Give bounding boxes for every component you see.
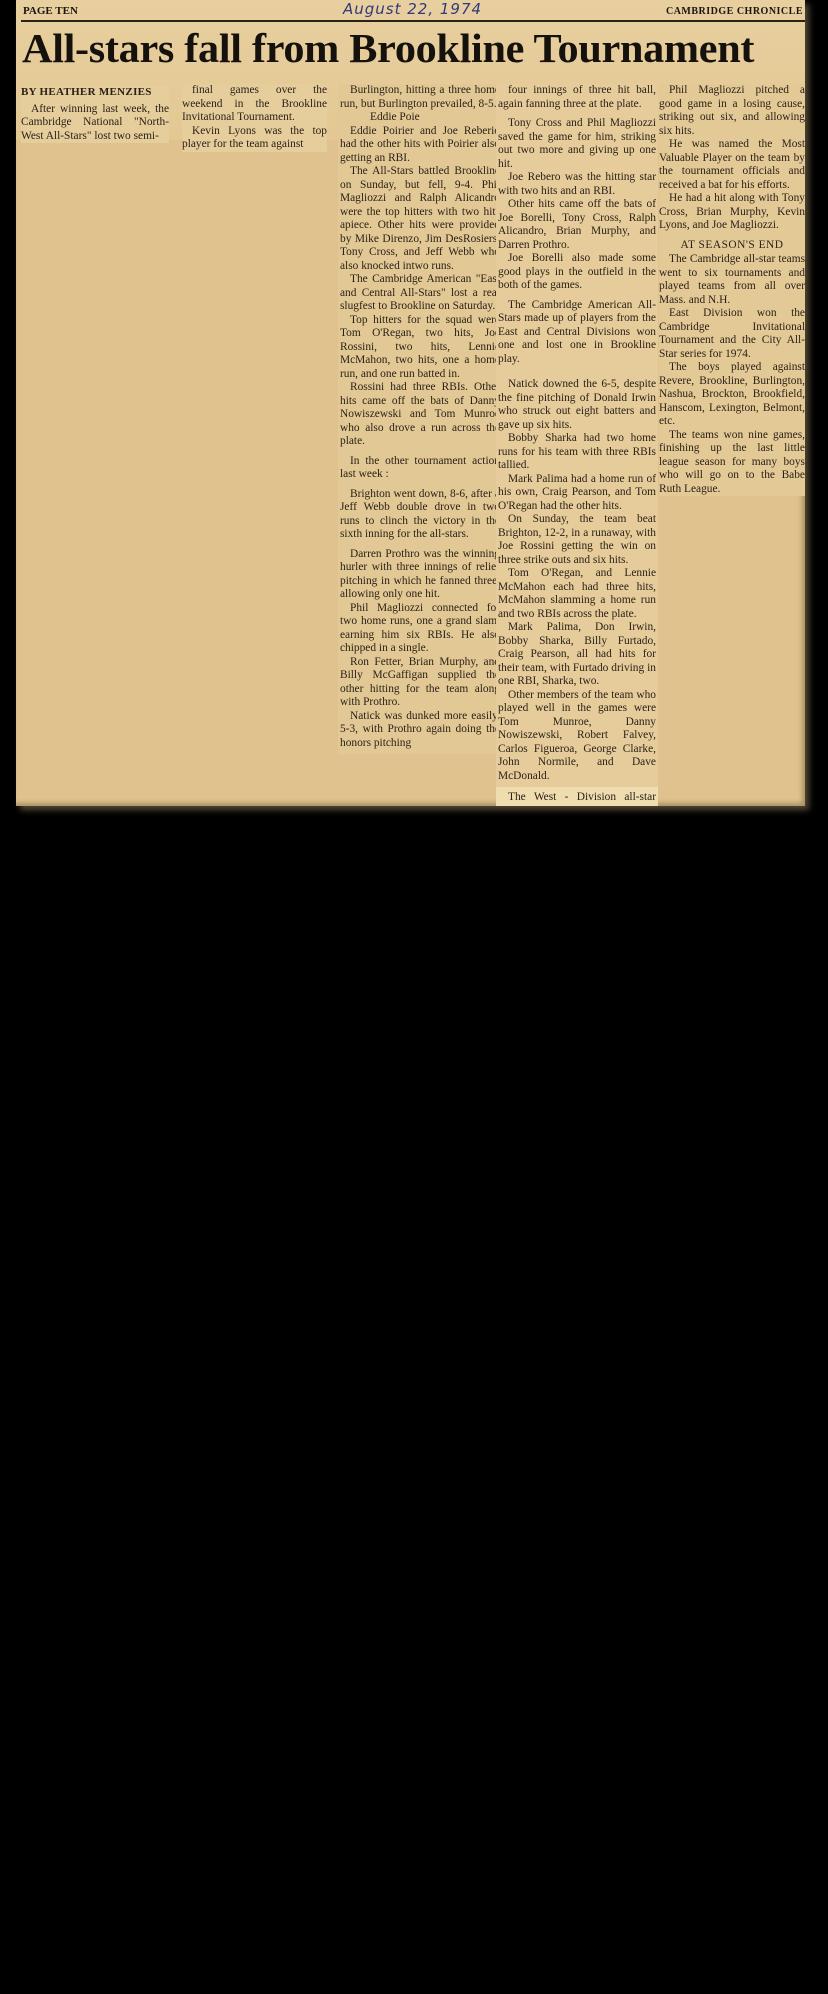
paragraph: Eddie Poie: [340, 111, 500, 125]
paragraph: The Cambridge American All-Stars made up…: [498, 299, 656, 367]
paragraph: Mark Palima, Don Irwin, Bobby Sharka, Bi…: [498, 621, 656, 689]
paragraph: The All-Stars battled Brookline on Sunda…: [340, 165, 500, 273]
paragraph: Phil Magliozzi pitched a good game in a …: [659, 84, 805, 138]
paragraph: Darren Prothro was the winning hurler wi…: [340, 548, 500, 602]
handwritten-date: August 22, 1974: [343, 0, 482, 18]
paragraph: Bobby Sharka had two home runs for his t…: [498, 432, 656, 473]
article-column-5: Phil Magliozzi pitched a good game in a …: [659, 84, 805, 496]
paragraph: Rossini had three RBIs. Other hits came …: [340, 381, 500, 449]
paragraph: East Division won the Cambridge Invitati…: [659, 307, 805, 361]
paragraph: Top hitters for the squad were Tom O'Reg…: [340, 314, 500, 382]
byline: BY HEATHER MENZIES: [21, 86, 169, 100]
paragraph: Ron Fetter, Brian Murphy, and Billy McGa…: [340, 656, 500, 710]
paragraph: In the other tournament action last week…: [340, 455, 500, 482]
paragraph: He was named the Most Valuable Player on…: [659, 138, 805, 192]
paragraph: The Cambridge American "East and Central…: [340, 273, 500, 314]
article-column-3: Burlington, hitting a three home run, bu…: [338, 84, 502, 754]
article-column-2: final games over the weekend in the Broo…: [182, 84, 327, 152]
paragraph: Joe Rebero was the hitting star with two…: [498, 171, 656, 198]
paragraph: Other hits came off the bats of Joe Bore…: [498, 198, 656, 252]
masthead: PAGE TEN August 22, 1974 CAMBRIDGE CHRON…: [21, 2, 805, 22]
paragraph: The West - Division all-star team lost a…: [498, 791, 656, 806]
paragraph: Tony Cross and Phil Magliozzi saved the …: [498, 117, 656, 171]
paragraph: The boys played against Revere, Brooklin…: [659, 361, 805, 429]
paragraph: Eddie Poirier and Joe Reberio had the ot…: [340, 125, 500, 166]
newspaper-clipping: PAGE TEN August 22, 1974 CAMBRIDGE CHRON…: [16, 0, 805, 806]
paragraph: four innings of three hit ball, again fa…: [498, 84, 656, 111]
paragraph: Burlington, hitting a three home run, bu…: [340, 84, 500, 111]
article-column-4: four innings of three hit ball, again fa…: [496, 84, 658, 806]
headline: All-stars fall from Brookline Tournament: [22, 24, 754, 72]
paragraph: On Sunday, the team beat Brighton, 12-2,…: [498, 513, 656, 567]
paragraph: Mark Palima had a home run of his own, C…: [498, 473, 656, 514]
paragraph: final games over the weekend in the Broo…: [182, 84, 327, 125]
paragraph: Joe Borelli also made some good plays in…: [498, 252, 656, 293]
newspaper-name: CAMBRIDGE CHRONICLE: [666, 6, 803, 17]
paragraph: Kevin Lyons was the top player for the t…: [182, 125, 327, 152]
paragraph: The teams won nine games, finishing up t…: [659, 429, 805, 497]
paragraph: Brighton went down, 8-6, after a Jeff We…: [340, 488, 500, 542]
paragraph: He had a hit along with Tony Cross, Bria…: [659, 192, 805, 233]
paragraph: Natick was dunked more easily, 5-3, with…: [340, 710, 500, 751]
paragraph: Other members of the team who played wel…: [498, 689, 656, 784]
paragraph: Phil Magliozzi connected for two home ru…: [340, 602, 500, 656]
paragraph: Natick downed the 6-5, despite the fine …: [498, 378, 656, 432]
highlighted-section: The West - Division all-star team lost a…: [496, 787, 658, 806]
paragraph: Tom O'Regan, and Lennie McMahon each had…: [498, 567, 656, 621]
article-column-1: BY HEATHER MENZIES After winning last we…: [21, 86, 169, 143]
subheading: AT SEASON'S END: [659, 239, 805, 253]
paragraph: The Cambridge all-star teams went to six…: [659, 253, 805, 307]
paragraph: After winning last week, the Cambridge N…: [21, 103, 169, 144]
page-label: PAGE TEN: [23, 5, 78, 17]
